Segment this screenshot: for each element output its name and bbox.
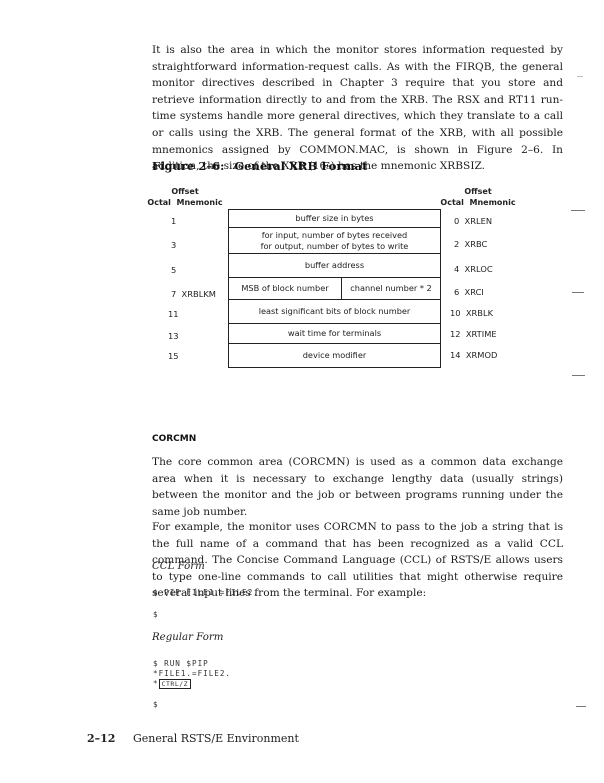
margin-mark (576, 706, 586, 707)
section-heading: CORCMN (152, 434, 196, 444)
diagram-cell: channel number * 2 (342, 278, 440, 299)
diagram-row: for input, number of bytes received for … (229, 228, 440, 254)
right-offset: 2 XRBC (454, 239, 487, 249)
right-offset: 6 XRCI (454, 287, 484, 297)
right-offset: 4 XRLOC (454, 264, 493, 274)
regular-line-2: *FILE1.=FILE2. (153, 669, 231, 679)
xrb-format-diagram: buffer size in bytes for input, number o… (228, 209, 441, 368)
ccl-command-line: $ PIP FILE1.=FILE2. (153, 588, 259, 598)
right-offset-header: Offset Octal Mnemonic (438, 186, 518, 208)
figure-title: General XRB Format (234, 159, 367, 173)
margin-mark (572, 375, 585, 376)
diagram-row: MSB of block number channel number * 2 (229, 278, 440, 300)
right-header-line2: Octal Mnemonic (438, 197, 518, 208)
diagram-cell: buffer size in bytes (295, 213, 373, 224)
margin-mark (571, 210, 585, 211)
ccl-form-label: CCL Form (152, 561, 205, 572)
regular-line-1: $ RUN $PIP (153, 659, 209, 669)
left-offset: 11 (168, 309, 179, 319)
diagram-row: wait time for terminals (229, 324, 440, 344)
regular-line-4: $ (153, 700, 159, 710)
diagram-cell: wait time for terminals (288, 328, 381, 339)
regular-line-3: *CTRL/Z (153, 679, 191, 689)
diagram-cell: least significant bits of block number (259, 306, 411, 317)
corcmn-paragraph-1: The core common area (CORCMN) is used as… (152, 454, 563, 520)
running-title: General RSTS/E Environment (133, 732, 299, 745)
right-offset: 10 XRBLK (450, 308, 493, 318)
document-page: It is also the area in which the monitor… (0, 0, 604, 783)
page-footer: 2–12General RSTS/E Environment (87, 732, 299, 745)
page-number: 2–12 (87, 732, 133, 745)
left-header-line2: Octal Mnemonic (140, 197, 230, 208)
diagram-row: least significant bits of block number (229, 300, 440, 324)
margin-mark (577, 76, 583, 77)
diagram-row: buffer size in bytes (229, 210, 440, 228)
left-offset: 5 (171, 265, 176, 275)
diagram-cell: buffer address (305, 260, 364, 271)
left-offset: 13 (168, 331, 179, 341)
right-offset: 0 XRLEN (454, 216, 492, 226)
ctrl-z-key: CTRL/Z (159, 679, 191, 689)
diagram-cell: for input, number of bytes received for … (261, 230, 409, 252)
right-offset: 12 XRTIME (450, 329, 497, 339)
left-offset-header: Offset Octal Mnemonic (140, 186, 230, 208)
left-offset: 7 XRBLKM (171, 289, 216, 299)
diagram-row: buffer address (229, 254, 440, 278)
left-header-line1: Offset (140, 186, 230, 197)
figure-caption: Figure 2–6:General XRB Format (152, 159, 367, 173)
left-offset: 1 (171, 216, 176, 226)
figure-number: Figure 2–6: (152, 159, 224, 173)
ccl-prompt-line: $ (153, 610, 159, 620)
left-offset: 3 (171, 240, 176, 250)
diagram-cell: device modifier (303, 350, 367, 361)
diagram-row: device modifier (229, 344, 440, 367)
intro-paragraph: It is also the area in which the monitor… (152, 42, 563, 175)
margin-mark (572, 292, 584, 293)
right-header-line1: Offset (438, 186, 518, 197)
diagram-cell: MSB of block number (229, 278, 342, 299)
left-offset: 15 (168, 351, 179, 361)
right-offset: 14 XRMOD (450, 350, 497, 360)
regular-form-label: Regular Form (152, 632, 223, 643)
